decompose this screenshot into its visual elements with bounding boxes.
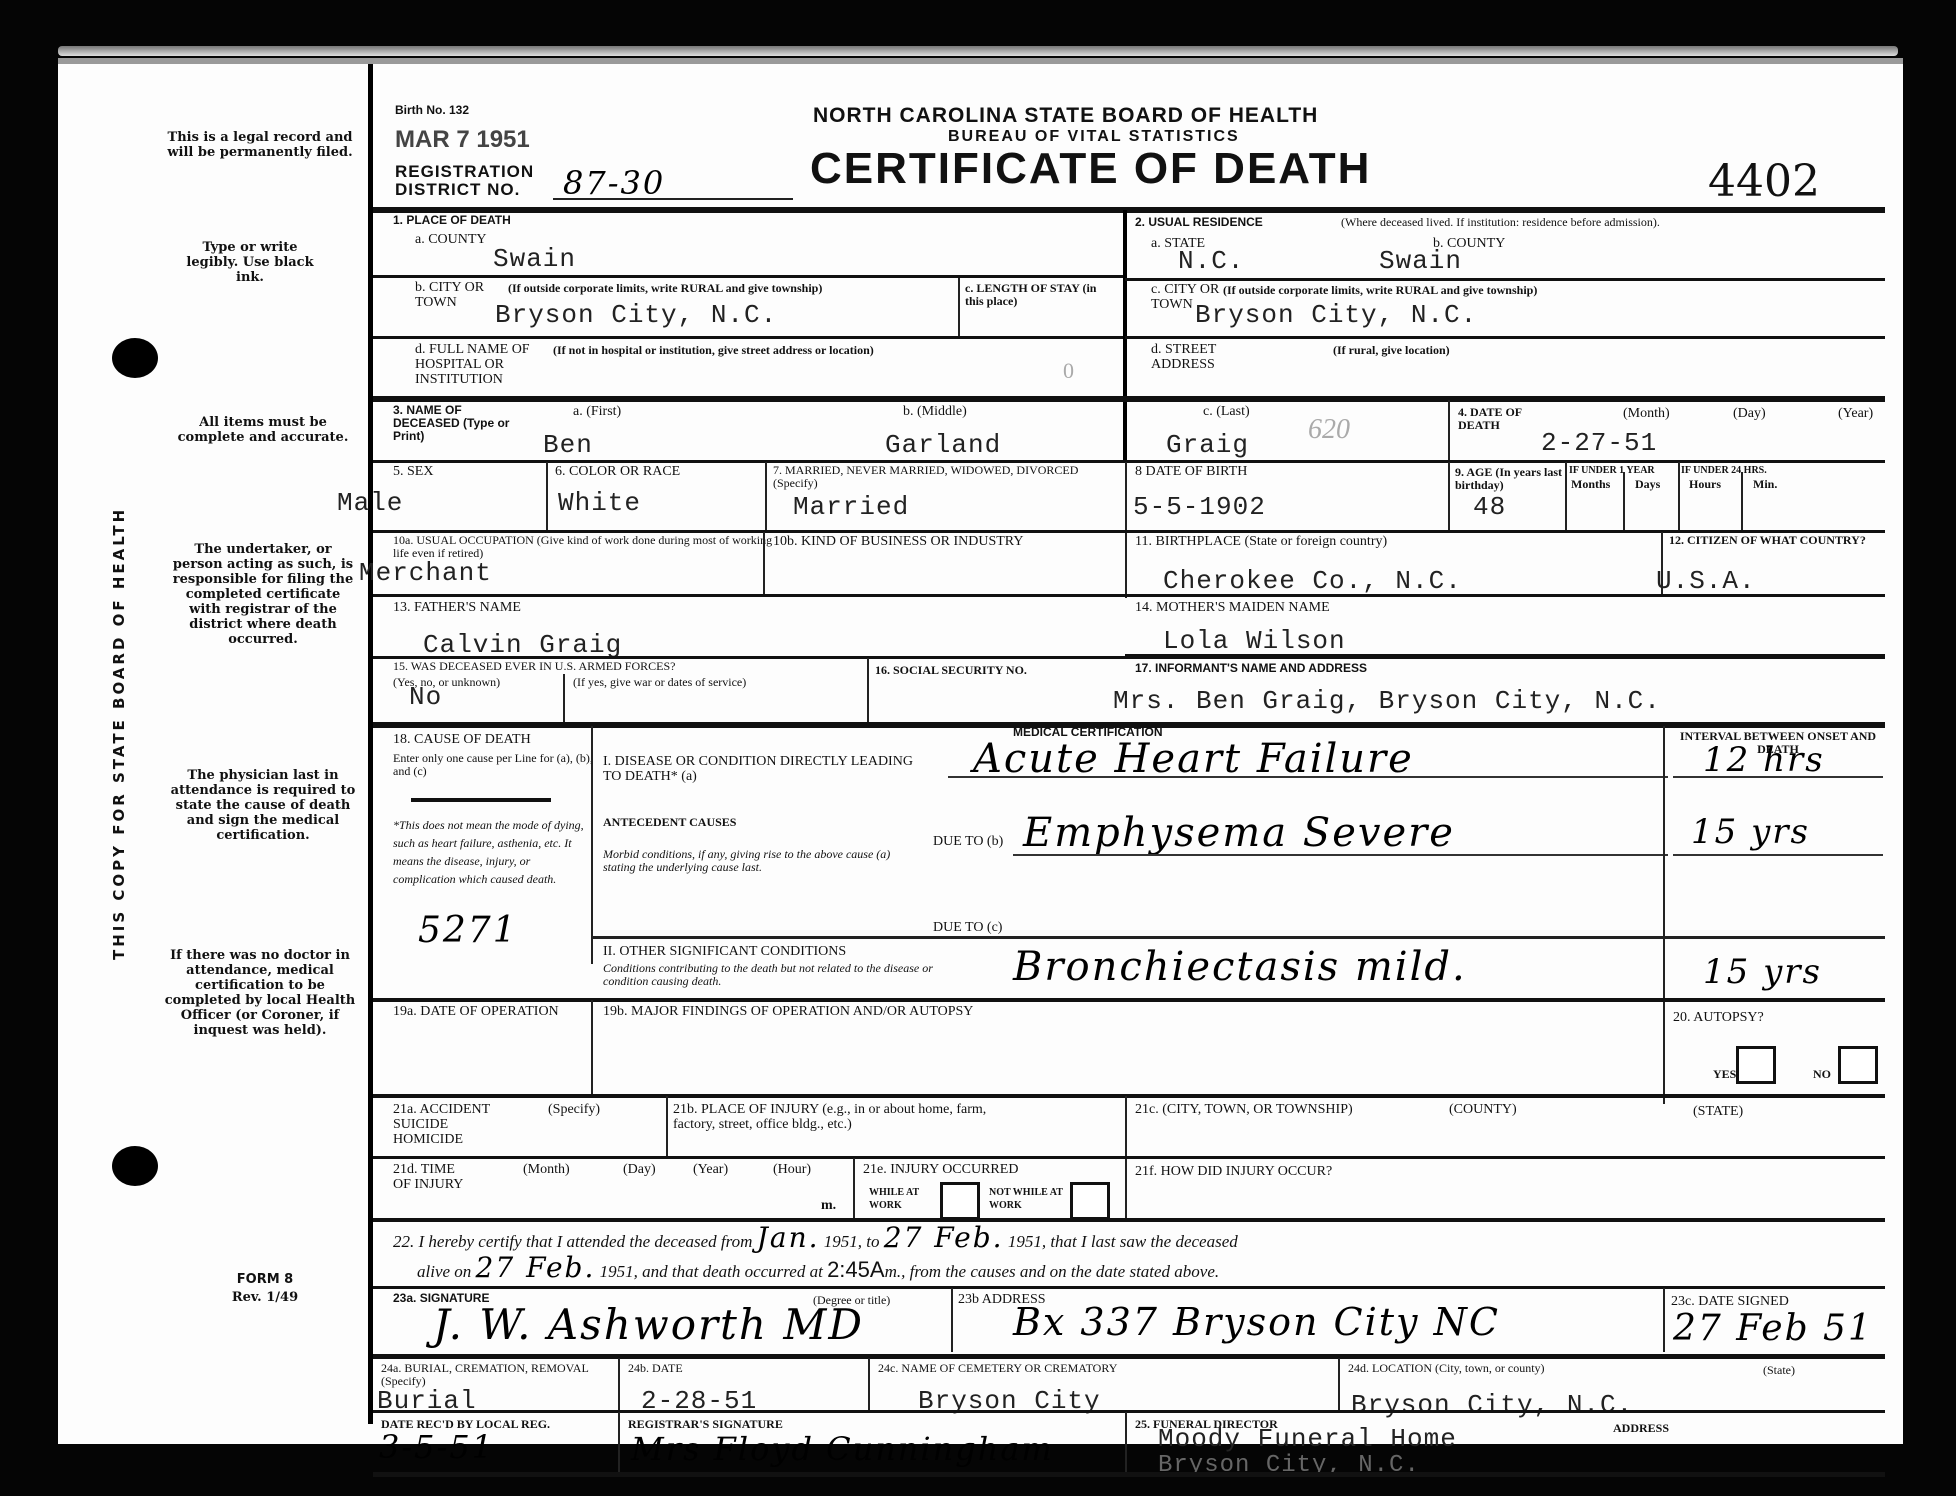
- days-label: Days: [1635, 478, 1660, 491]
- minutes-label: Min.: [1753, 478, 1777, 491]
- death-county[interactable]: Swain: [493, 244, 576, 274]
- mother-name[interactable]: Lola Wilson: [1163, 626, 1346, 656]
- middle-name-label: b. (Middle): [903, 404, 967, 419]
- county-label: a. COUNTY: [415, 232, 487, 247]
- burial-location-label: 24d. LOCATION (City, town, or county): [1348, 1362, 1545, 1375]
- first-name-label: a. (First): [573, 404, 621, 419]
- injury-city-label: 21c. (CITY, TOWN, OR TOWNSHIP): [1135, 1102, 1353, 1117]
- injury-county-label: (COUNTY): [1449, 1102, 1517, 1117]
- death-certificate-form: Birth No. 132 MAR 7 1951 REGISTRATION DI…: [368, 64, 1885, 1424]
- death-date[interactable]: 2-27-51: [1541, 428, 1657, 458]
- margin-note-physician: The physician last in attendance is requ…: [168, 768, 358, 843]
- race-label: 6. COLOR OR RACE: [555, 464, 680, 479]
- father-label: 13. FATHER'S NAME: [393, 600, 521, 615]
- first-name[interactable]: Ben: [543, 430, 593, 460]
- autopsy-no-label: NO: [1813, 1068, 1831, 1081]
- registration-district[interactable]: 87-30: [563, 164, 665, 202]
- last-seen-year[interactable]: 1951: [600, 1262, 634, 1281]
- ssn-label: 16. SOCIAL SECURITY NO.: [875, 664, 1027, 677]
- birth-date[interactable]: 5-5-1902: [1133, 492, 1266, 522]
- name-annotation: 620: [1308, 414, 1350, 446]
- last-name-label: c. (Last): [1203, 404, 1250, 419]
- findings-label: 19b. MAJOR FINDINGS OF OPERATION AND/OR …: [603, 1004, 973, 1019]
- armed-forces[interactable]: No: [409, 682, 442, 712]
- certify-text-1: 22. I hereby certify that I attended the…: [393, 1232, 752, 1251]
- antecedent-hint: Morbid conditions, if any, giving rise t…: [603, 848, 923, 874]
- margin-note-undertaker: The undertaker, or person acting as such…: [168, 542, 358, 647]
- injury-month-col: (Month): [523, 1162, 570, 1177]
- under-24h-label: IF UNDER 24 HRS.: [1681, 464, 1767, 477]
- marital-label: 7. MARRIED, NEVER MARRIED, WIDOWED, DIVO…: [773, 464, 1113, 490]
- burial-state-label: (State): [1763, 1364, 1795, 1377]
- received-stamp: MAR 7 1951: [395, 126, 530, 154]
- attended-from[interactable]: Jan.: [757, 1221, 820, 1254]
- business-label: 10b. KIND OF BUSINESS OR INDUSTRY: [773, 534, 1113, 549]
- certify-to-label: , to: [858, 1232, 880, 1251]
- while-at-work-checkbox[interactable]: [940, 1182, 980, 1220]
- paper-edge: [58, 46, 1898, 56]
- not-at-work-label: NOT WHILE AT WORK: [989, 1186, 1069, 1212]
- birthplace[interactable]: Cherokee Co., N.C.: [1163, 566, 1462, 596]
- attended-to-year[interactable]: 1951: [1008, 1232, 1042, 1251]
- attended-to[interactable]: 27 Feb.: [884, 1221, 1004, 1254]
- last-seen-alive[interactable]: 27 Feb.: [476, 1251, 596, 1284]
- date-signed[interactable]: 27 Feb 51: [1673, 1308, 1873, 1349]
- autopsy-label: 20. AUTOPSY?: [1673, 1010, 1764, 1025]
- funeral-address-label: ADDRESS: [1613, 1422, 1669, 1435]
- cause-code: 5271: [418, 910, 518, 951]
- last-name[interactable]: Graig: [1166, 430, 1249, 460]
- operation-date-label: 19a. DATE OF OPERATION: [393, 1004, 573, 1019]
- burial-method-label: 24a. BURIAL, CREMATION, REMOVAL (Specify…: [381, 1362, 621, 1388]
- registrar-signature[interactable]: Mrs Floyd Cunningham: [631, 1430, 1054, 1468]
- cause-b[interactable]: Emphysema Severe: [1023, 810, 1455, 856]
- city-hint: (If outside corporate limits, write RURA…: [508, 282, 848, 295]
- residence-label: 2. USUAL RESIDENCE: [1135, 216, 1263, 229]
- armed-forces-label: 15. WAS DECEASED EVER IN U.S. ARMED FORC…: [393, 660, 873, 673]
- vertical-copy-label: THIS COPY FOR STATE BOARD OF HEALTH: [110, 507, 128, 960]
- physician-signature[interactable]: J. W. Ashworth MD: [433, 1300, 864, 1349]
- injury-type-label: 21a. ACCIDENT SUICIDE HOMICIDE: [393, 1102, 503, 1147]
- injury-specify-label: (Specify): [548, 1102, 600, 1117]
- residence-city-hint: (If outside corporate limits, write RURA…: [1223, 284, 1537, 297]
- cause-hint: Enter only one cause per Line for (a), (…: [393, 752, 593, 778]
- margin-note-legal: This is a legal record and will be perma…: [165, 130, 355, 160]
- residence-county[interactable]: Swain: [1379, 246, 1462, 276]
- certificate-title: CERTIFICATE OF DEATH: [810, 144, 1371, 194]
- injury-hour-col: (Hour): [773, 1162, 811, 1177]
- citizen-label: 12. CITIZEN OF WHAT COUNTRY?: [1669, 534, 1879, 547]
- injury-state-label: (STATE): [1693, 1104, 1743, 1119]
- antecedent-label: ANTECEDENT CAUSES: [603, 816, 736, 829]
- not-at-work-checkbox[interactable]: [1070, 1182, 1110, 1220]
- burial-location[interactable]: Bryson City, N.C.: [1351, 1390, 1633, 1420]
- margin-note-complete: All items must be complete and accurate.: [168, 415, 358, 445]
- death-time[interactable]: 2:45A: [827, 1257, 885, 1282]
- injury-how-label: 21f. HOW DID INJURY OCCUR?: [1135, 1164, 1332, 1179]
- interval-b[interactable]: 15 yrs: [1691, 812, 1810, 852]
- registration-label: REGISTRATION: [395, 164, 534, 179]
- certify-text-3: , and that death occurred at: [634, 1262, 823, 1281]
- street-label: d. STREET ADDRESS: [1151, 342, 1251, 372]
- attended-from-year[interactable]: 1951: [824, 1232, 858, 1251]
- alive-on-label: alive on: [417, 1262, 471, 1281]
- autopsy-yes-label: YES: [1713, 1068, 1736, 1081]
- death-date-year-col: (Year): [1838, 406, 1873, 421]
- line-ii-label: II. OTHER SIGNIFICANT CONDITIONS: [603, 944, 846, 959]
- birth-date-label: 8 DATE OF BIRTH: [1135, 464, 1247, 479]
- injury-place-label: 21b. PLACE OF INJURY (e.g., in or about …: [673, 1102, 993, 1132]
- injury-occurred-label: 21e. INJURY OCCURRED: [863, 1162, 1018, 1177]
- death-city[interactable]: Bryson City, N.C.: [495, 300, 777, 330]
- informant-label: 17. INFORMANT'S NAME AND ADDRESS: [1135, 662, 1367, 675]
- punch-hole-top: [112, 338, 158, 378]
- line-i-label: I. DISEASE OR CONDITION DIRECTLY LEADING…: [603, 754, 923, 784]
- certificate-number: 4402: [1708, 156, 1820, 207]
- cause-footnote: *This does not mean the mode of dying, s…: [393, 816, 593, 888]
- informant[interactable]: Mrs. Ben Graig, Bryson City, N.C.: [1113, 686, 1661, 716]
- agency-name: NORTH CAROLINA STATE BOARD OF HEALTH: [813, 104, 1318, 128]
- injury-year-col: (Year): [693, 1162, 728, 1177]
- injury-day-col: (Day): [623, 1162, 656, 1177]
- under-1yr-label: IF UNDER 1 YEAR: [1569, 464, 1655, 477]
- occupation-label: 10a. USUAL OCCUPATION (Give kind of work…: [393, 534, 773, 560]
- sex[interactable]: Male: [337, 488, 403, 518]
- due-to-c-label: DUE TO (c): [933, 920, 1002, 935]
- district-label: DISTRICT NO.: [395, 182, 520, 197]
- cause-of-death-label: 18. CAUSE OF DEATH: [393, 732, 531, 747]
- race[interactable]: White: [558, 488, 641, 518]
- middle-name[interactable]: Garland: [885, 430, 1001, 460]
- hours-label: Hours: [1689, 478, 1721, 491]
- interval-other[interactable]: 15 yrs: [1703, 952, 1822, 992]
- funeral-director[interactable]: Moody Funeral Home: [1158, 1424, 1457, 1454]
- age[interactable]: 48: [1473, 492, 1506, 522]
- death-date-month-col: (Month): [1623, 406, 1670, 421]
- mother-label: 14. MOTHER'S MAIDEN NAME: [1135, 600, 1330, 615]
- physician-address[interactable]: Bx 337 Bryson City NC: [1013, 1300, 1500, 1344]
- date-signed-label: 23c. DATE SIGNED: [1671, 1294, 1789, 1309]
- burial-date-label: 24b. DATE: [628, 1362, 683, 1375]
- line-ii-hint: Conditions contributing to the death but…: [603, 962, 943, 988]
- place-of-death-label: 1. PLACE OF DEATH: [393, 214, 511, 227]
- form-revision: Rev. 1/49: [205, 1290, 325, 1305]
- stay-label: c. LENGTH OF STAY (in this place): [965, 282, 1115, 308]
- autopsy-yes-checkbox[interactable]: [1736, 1046, 1776, 1084]
- cemetery-label: 24c. NAME OF CEMETERY OR CREMATORY: [878, 1362, 1117, 1375]
- name-label: 3. NAME OF DECEASED (Type or Print): [393, 404, 513, 443]
- age-label: 9. AGE (In years last birthday): [1455, 466, 1565, 492]
- residence-city[interactable]: Bryson City, N.C.: [1195, 300, 1477, 330]
- injury-m-label: m.: [821, 1198, 836, 1213]
- death-date-day-col: (Day): [1733, 406, 1766, 421]
- occupation[interactable]: Merchant: [359, 558, 492, 588]
- interval-a[interactable]: 12 hrs: [1703, 740, 1825, 780]
- armed-forces-sub2: (If yes, give war or dates of service): [573, 676, 746, 689]
- autopsy-no-checkbox[interactable]: [1838, 1046, 1878, 1084]
- sex-label: 5. SEX: [393, 464, 433, 479]
- hospital-hint: (If not in hospital or institution, give…: [553, 344, 1073, 357]
- street-hint: (If rural, give location): [1333, 344, 1450, 357]
- months-label: Months: [1571, 478, 1610, 491]
- birthplace-label: 11. BIRTHPLACE (State or foreign country…: [1135, 534, 1387, 549]
- injury-time-label: 21d. TIME OF INJURY: [393, 1162, 473, 1192]
- death-date-label: 4. DATE OF DEATH: [1458, 406, 1538, 432]
- marital-status[interactable]: Married: [793, 492, 909, 522]
- while-at-work-label: WHILE AT WORK: [869, 1186, 939, 1212]
- certify-statement-line2: alive on 27 Feb. 1951, and that death oc…: [417, 1260, 1219, 1279]
- form-number: FORM 8: [205, 1272, 325, 1287]
- other-conditions[interactable]: Bronchiectasis mild.: [1013, 944, 1467, 990]
- district-underline: [553, 198, 793, 200]
- residence-hint: (Where deceased lived. If institution: r…: [1341, 216, 1881, 229]
- citizenship[interactable]: U.S.A.: [1656, 566, 1756, 596]
- certify-text-2: , that I last saw the deceased: [1042, 1232, 1238, 1251]
- due-to-b-label: DUE TO (b): [933, 834, 1003, 849]
- date-received[interactable]: 3-5-51: [379, 1428, 494, 1466]
- margin-note-legibly: Type or write legibly. Use black ink.: [185, 240, 315, 285]
- certify-text-4: m., from the causes and on the date stat…: [885, 1262, 1220, 1281]
- punch-hole-bottom: [112, 1146, 158, 1186]
- certify-statement-line1: 22. I hereby certify that I attended the…: [393, 1230, 1883, 1249]
- birth-number: Birth No. 132: [395, 104, 469, 117]
- residence-state[interactable]: N.C.: [1178, 246, 1244, 276]
- margin-note-no-doctor: If there was no doctor in attendance, me…: [160, 948, 360, 1038]
- hospital-label: d. FULL NAME OF HOSPITAL OR INSTITUTION: [415, 342, 555, 387]
- hospital-value[interactable]: 0: [1063, 358, 1074, 384]
